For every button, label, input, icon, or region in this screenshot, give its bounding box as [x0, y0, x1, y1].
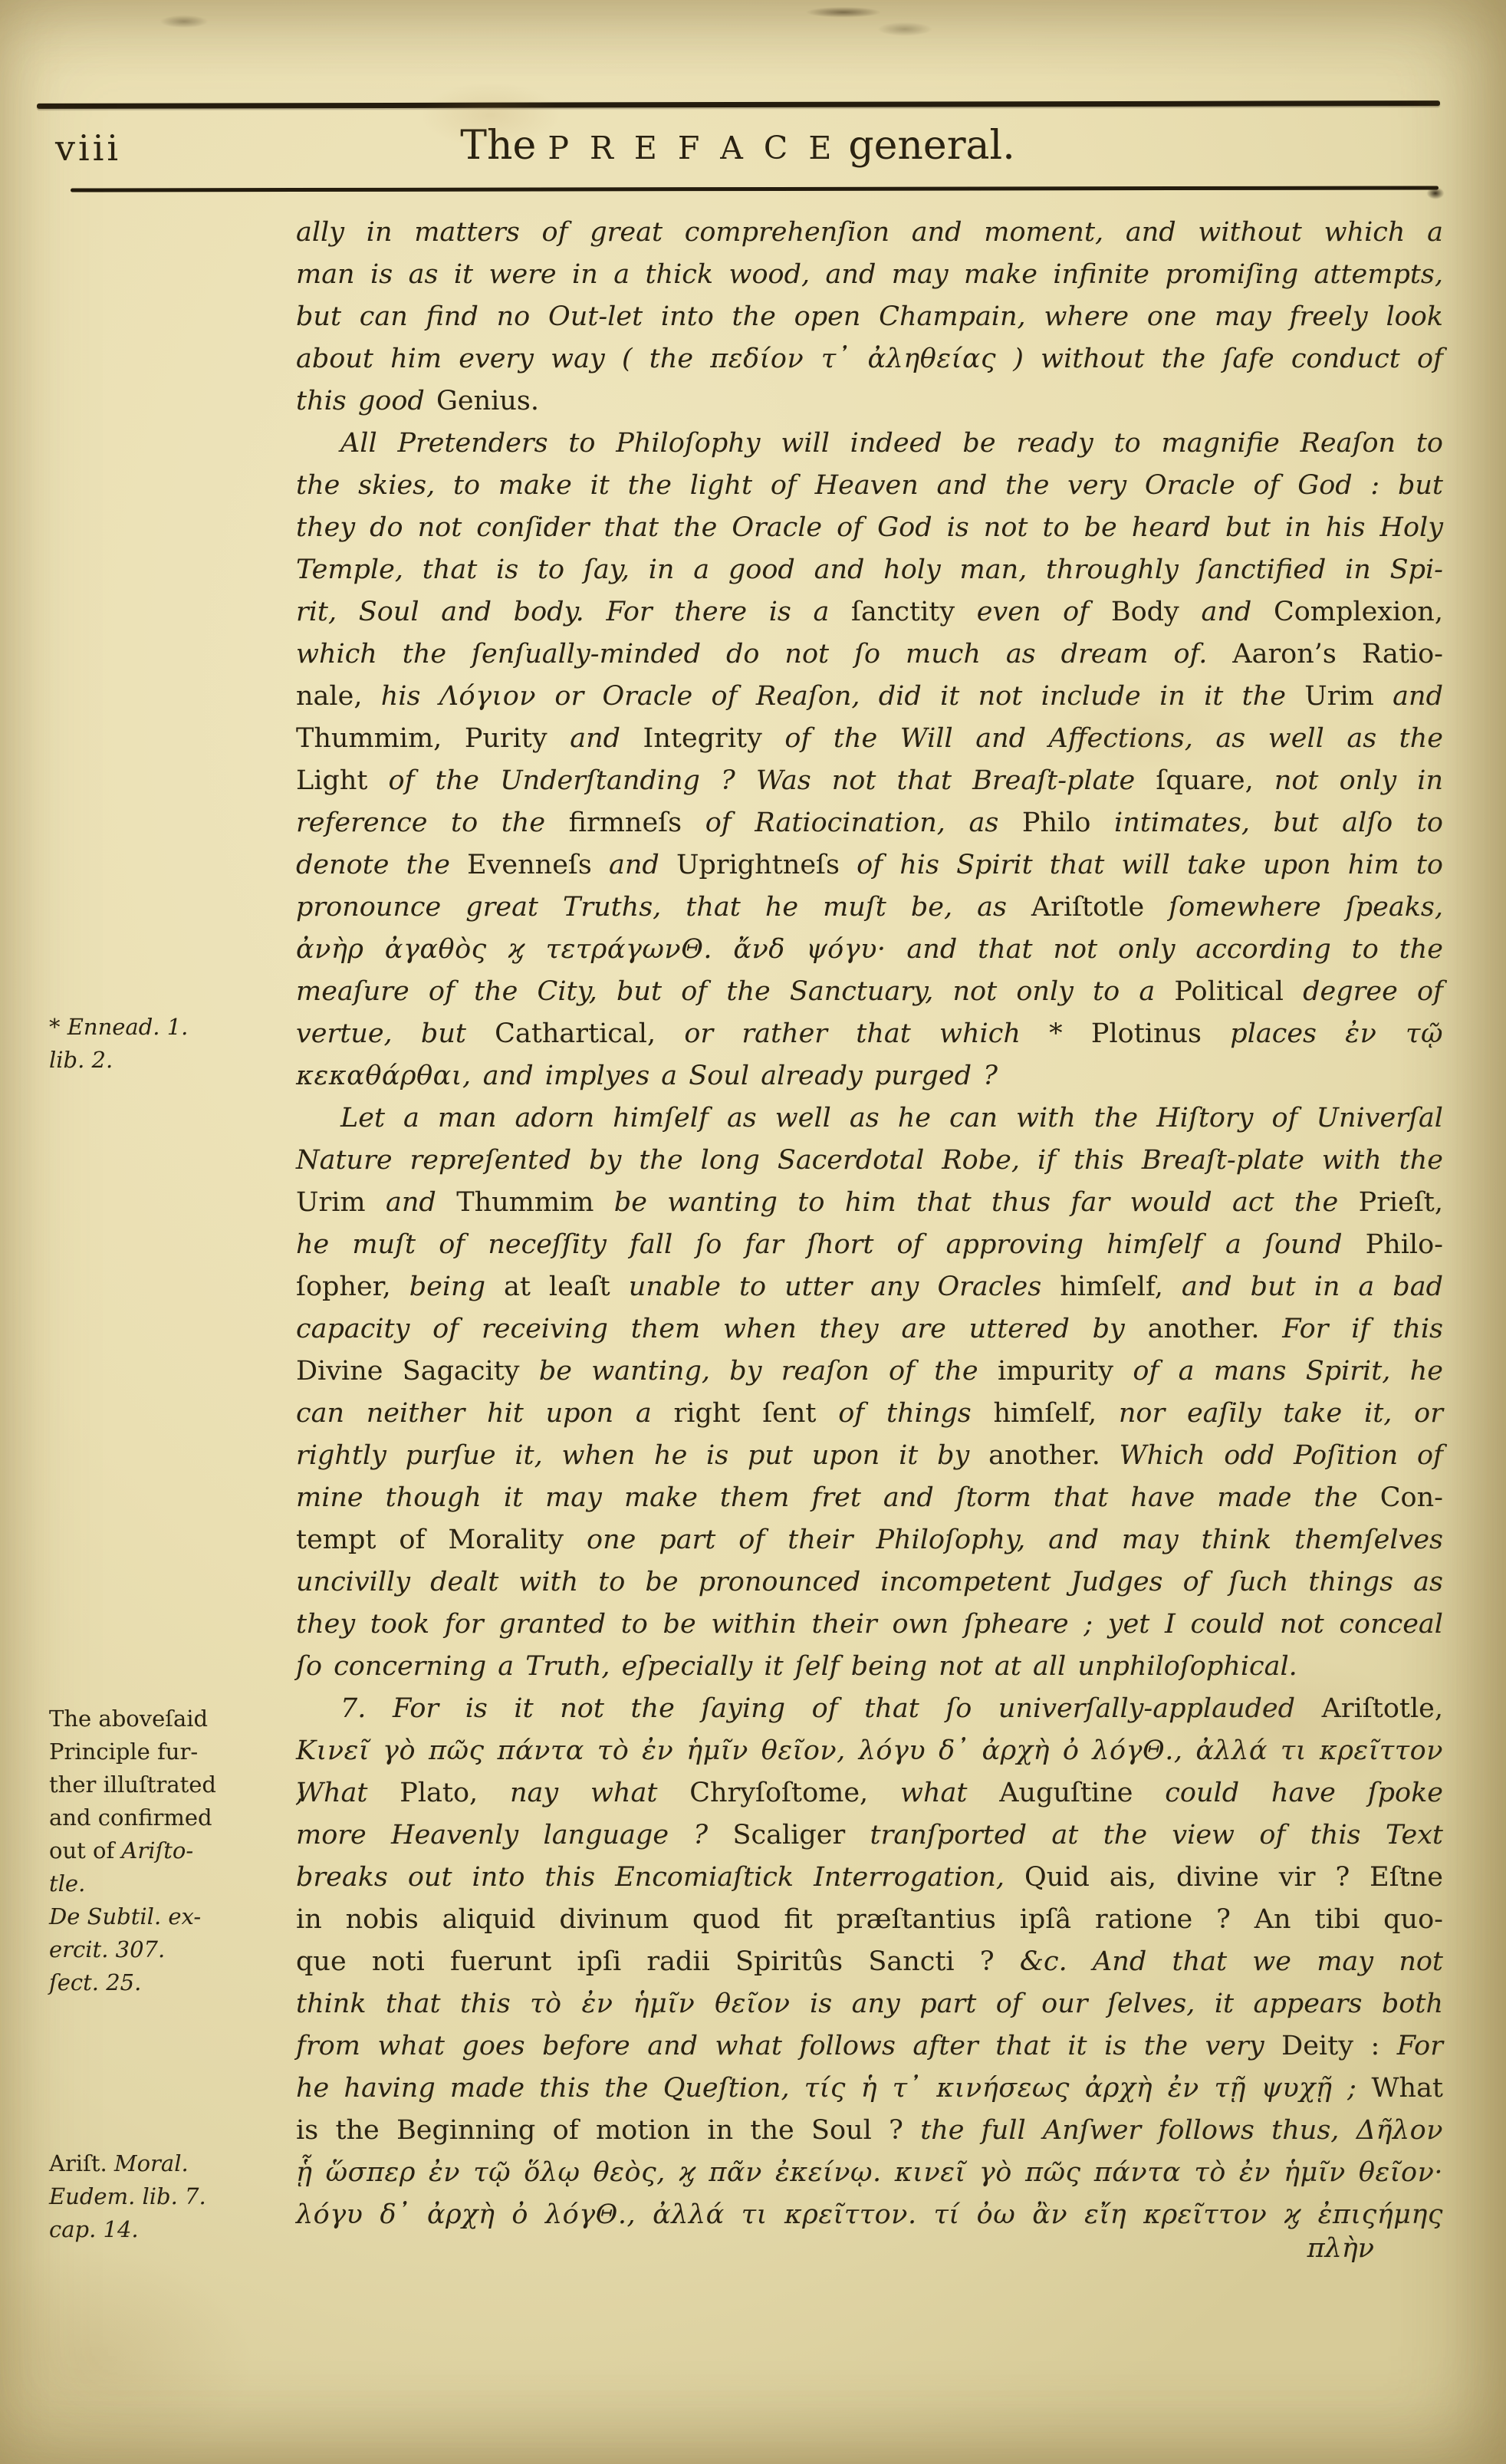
text-segment: Evenneſs [467, 850, 592, 880]
text-segment: ſo concerning a Truth, eſpecially it ſel… [296, 1651, 1297, 1682]
text-segment: another. [1148, 1314, 1260, 1344]
text-segment: ſanctity [851, 597, 955, 627]
text-segment: about him every way ( the [296, 344, 710, 374]
text-segment: Prieſt, [1359, 1187, 1443, 1218]
text-line: they took for granted to be within their… [296, 1604, 1443, 1646]
text-segment: could have ſpoke [1133, 1778, 1443, 1808]
text-segment: reference to the [296, 808, 569, 838]
catchword: πλὴν [1307, 2233, 1374, 2264]
text-segment: ſect. 25. [49, 1969, 141, 1995]
text-segment: What [1356, 2073, 1443, 2104]
text-segment: Urim [296, 1187, 366, 1218]
text-segment: the skies, to make it the light of Heave… [296, 470, 1443, 501]
text-line: denote the Evenneſs and Uprightneſs of h… [296, 844, 1443, 887]
text-line: ᾗ ὥσπερ ἐν τῷ ὅλῳ θεὸς, ϗ πᾶν ἐκείνῳ. κι… [296, 2152, 1443, 2194]
text-line: Nature repreſented by the long Sacerdota… [296, 1140, 1443, 1182]
text-segment: pronounce great Truths, that he muſt be,… [296, 892, 1031, 923]
text-segment: or rather that which [656, 1018, 1049, 1049]
text-segment: ther illuſtrated [49, 1772, 216, 1798]
text-line: Urim and Thummim be wanting to him that … [296, 1182, 1443, 1224]
text-segment: Δῆλον [1356, 2115, 1443, 2146]
text-line: What Plato, nay what Chryſoſtome, what A… [296, 1772, 1443, 1814]
text-segment: τὸ ἐν ἡμῖν θεῖον [530, 1989, 790, 2019]
text-line: Divine Sagacity be wanting, by reaſon of… [296, 1350, 1443, 1393]
text-line: this good Genius. [296, 380, 1443, 423]
text-line: can neither hit upon a right ſent of thi… [296, 1393, 1443, 1435]
text-line: more Heavenly language ? Scaliger tranſp… [296, 1814, 1443, 1857]
margin-note-line: cap. 14. [49, 2213, 294, 2246]
text-segment: another. [988, 1440, 1100, 1471]
text-segment: rightly purſue it, when he is put upon i… [296, 1440, 988, 1471]
text-line: they do not conſider that the Oracle of … [296, 507, 1443, 549]
text-line: κεκαθάρθαι, and implyes a Soul already p… [296, 1055, 1443, 1097]
text-segment: of the Will and Affections, as well as t… [762, 723, 1443, 754]
margin-note-line: out of Ariſto- [49, 1834, 294, 1867]
text-line: Let a man adorn himſelf as well as he ca… [296, 1097, 1443, 1140]
text-segment: Λόγιον [439, 681, 536, 712]
text-line: reference to the firmneſs of Ratiocinati… [296, 802, 1443, 844]
text-segment: or Oracle of Reaſon, did it not include … [536, 681, 1304, 712]
text-segment: in nobis aliquid divinum quod fit præſta… [296, 1904, 1443, 1935]
text-line: which the ſenſually-minded do not ſo muc… [296, 633, 1443, 676]
text-segment: cap. 14. [49, 2216, 139, 2242]
text-segment: being [391, 1271, 504, 1302]
text-segment: 7. For is it not the ſaying of that ſo u… [340, 1693, 1322, 1724]
text-segment: For [1379, 2031, 1443, 2061]
text-segment: Principle fur- [49, 1739, 198, 1765]
text-segment: firmneſs [569, 808, 682, 838]
margin-note: * Ennead. 1.lib. 2. [49, 1011, 294, 1077]
margin-note: Ariſt. Moral.Eudem. lib. 7.cap. 14. [49, 2147, 294, 2246]
text-segment: unable to utter any Oracles [610, 1271, 1060, 1302]
text-segment: Light [296, 765, 367, 796]
text-segment: impurity [998, 1356, 1113, 1387]
text-line: ſopher, being at leaſt unable to utter a… [296, 1266, 1443, 1308]
text-segment: one part of their Philoſophy, and may th… [564, 1525, 1443, 1555]
text-segment: Divine Sagacity [296, 1356, 520, 1387]
text-line: breaks out into this Encomiaſtick Interr… [296, 1857, 1443, 1899]
text-segment: nay what [478, 1778, 689, 1808]
text-segment: of the Underſtanding ? Was not that Brea… [367, 765, 1156, 796]
text-segment: ſopher, [296, 1271, 391, 1302]
text-segment: and [592, 850, 676, 880]
text-segment: his [362, 681, 439, 712]
text-segment: λόγυ δ᾽ ἀρχὴ ὀ λόγΘ., ἀλλά τι κρεῖττον. … [296, 2199, 1443, 2230]
text-segment: of Ratiocination, as [682, 808, 1022, 838]
text-segment: they do not conſider that the Oracle of … [296, 512, 1443, 543]
text-segment: Urim [1304, 681, 1374, 712]
text-segment: vertue, but [296, 1018, 495, 1049]
text-segment: and [366, 1187, 457, 1218]
text-segment: they took for granted to be within their… [296, 1609, 1443, 1640]
text-segment: Body [1111, 597, 1179, 627]
text-line: Temple, that is to ſay, in a good and ho… [296, 549, 1443, 591]
text-segment: * Plotinus [1049, 1018, 1202, 1049]
text-segment: Ariſtotle [1031, 892, 1144, 923]
text-segment: Eudem. lib. 7. [49, 2183, 206, 2209]
text-segment: ) without the ſafe conduct of [996, 344, 1443, 374]
text-segment: of a mans Spirit, he [1113, 1356, 1443, 1387]
text-segment: of things [816, 1398, 993, 1429]
text-segment: and [547, 723, 643, 754]
text-segment: and confirmed [49, 1804, 212, 1831]
text-segment: Con- [1380, 1482, 1443, 1513]
text-segment: ſquare, [1156, 765, 1253, 796]
text-segment: degree of [1284, 976, 1443, 1007]
text-segment: All Pretenders to Philoſophy will indeed… [340, 428, 1443, 459]
text-segment: tempt of Morality [296, 1525, 564, 1555]
text-segment: of his Spirit that will take upon him to [840, 850, 1443, 880]
text-segment: right ſent [674, 1398, 817, 1429]
text-segment: lib. 2. [49, 1047, 113, 1073]
margin-note: The aboveſaidPrinciple fur-ther illuſtra… [49, 1702, 294, 1999]
text-segment: nor eaſily take it, or [1097, 1398, 1443, 1429]
text-segment: be wanting, by reaſon of the [520, 1356, 998, 1387]
text-segment: tranſported at the view of this Text [845, 1820, 1443, 1850]
text-segment: Ennead. 1. [67, 1014, 189, 1040]
margin-note-line: ſect. 25. [49, 1966, 294, 1999]
text-segment: can neither hit upon a [296, 1398, 674, 1429]
text-segment: &c. And that we may not [1020, 1946, 1443, 1977]
text-line: he muſt of neceſſity fall ſo far ſhort o… [296, 1224, 1443, 1266]
text-segment: from what goes before and what follows a… [296, 2031, 1281, 2061]
text-segment: Thummim [456, 1187, 594, 1218]
text-segment: and but in a bad [1163, 1271, 1443, 1302]
text-line: about him every way ( the πεδίον τ᾽ ἀληθ… [296, 338, 1443, 380]
text-segment: Chryſoſtome, [689, 1778, 868, 1808]
running-title-caps: P R E F A C E [540, 130, 844, 166]
text-segment: capacity of receiving them when they are… [296, 1314, 1148, 1344]
text-line: mine though it may make them fret and ſt… [296, 1477, 1443, 1519]
text-segment: nale, [296, 681, 362, 712]
text-segment: not only in [1254, 765, 1443, 796]
text-line: All Pretenders to Philoſophy will indeed… [296, 423, 1443, 465]
book-page-scan: viii The P R E F A C E general. * Ennead… [0, 0, 1506, 2464]
text-segment: think that this [296, 1989, 530, 2019]
text-segment: the full Anſwer follows thus, [920, 2115, 1356, 2146]
text-segment: this good [296, 386, 436, 416]
text-segment: himſelf, [1060, 1271, 1163, 1302]
text-segment: Uprightneſs [676, 850, 840, 880]
text-segment: Ariſtotle, [1322, 1693, 1443, 1724]
text-segment: τίς ἡ τ᾽ κινήσεως ἀρχὴ ἐν τῇ ψυχῇ ; [804, 2073, 1357, 2104]
text-segment: he muſt of neceſſity fall ſo far ſhort o… [296, 1229, 1366, 1260]
text-segment: The aboveſaid [49, 1706, 208, 1732]
text-line: meaſure of the City, but of the Sanctuar… [296, 971, 1443, 1013]
text-segment: more Heavenly language ? [296, 1820, 733, 1850]
text-segment: que noti fuerunt ipſi radii Spiritûs San… [296, 1946, 1020, 1977]
text-segment: intimates, but alſo to [1090, 808, 1443, 838]
text-line: 7. For is it not the ſaying of that ſo u… [296, 1688, 1443, 1730]
text-segment: Ariſto- [121, 1837, 193, 1864]
text-segment: meaſure of the City, but of the Sanctuar… [296, 976, 1174, 1007]
text-segment: For if this [1259, 1314, 1443, 1344]
text-segment: uncivilly dealt with to be pronounced in… [296, 1567, 1443, 1597]
text-segment: Deity : [1281, 2031, 1379, 2061]
text-segment: Thummim, Purity [296, 723, 547, 754]
text-segment: what [868, 1778, 999, 1808]
text-segment: and [1179, 597, 1274, 627]
text-segment: Auguſtine [999, 1778, 1133, 1808]
text-segment: Cathartical, [495, 1018, 656, 1049]
text-segment: mine though it may make them fret and ſt… [296, 1482, 1380, 1513]
text-segment: is any part of our ſelves, it appears bo… [791, 1989, 1443, 2019]
text-line: tempt of Morality one part of their Phil… [296, 1519, 1443, 1561]
text-line: Thummim, Purity and Integrity of the Wil… [296, 718, 1443, 760]
text-segment: Temple, that is to ſay, in a good and ho… [296, 554, 1443, 585]
text-segment: Nature repreſented by the long Sacerdota… [296, 1145, 1443, 1176]
margin-note-line: The aboveſaid [49, 1702, 294, 1735]
text-segment: ἀνὴρ ἀγαθὸς ϗ τετράγωνΘ. ἄνδ ψόγυ· [296, 934, 886, 965]
text-line: from what goes before and what follows a… [296, 2025, 1443, 2068]
text-line: man is as it were in a thick wood, and m… [296, 254, 1443, 296]
text-segment: Quid ais, divine vir ? Eſtne [1024, 1862, 1443, 1893]
running-title-post: general. [848, 123, 1014, 169]
text-line: nale, his Λόγιον or Oracle of Reaſon, di… [296, 676, 1443, 718]
text-line: ſo concerning a Truth, eſpecially it ſel… [296, 1646, 1443, 1688]
margin-notes: * Ennead. 1.lib. 2.The aboveſaidPrincipl… [0, 0, 291, 2464]
text-segment: Moral. [114, 2150, 189, 2176]
text-line: que noti fuerunt ipſi radii Spiritûs San… [296, 1941, 1443, 1983]
text-segment: places [1202, 1018, 1345, 1049]
text-line: but can find no Out-let into the open Ch… [296, 296, 1443, 338]
text-segment: Philo [1022, 808, 1091, 838]
text-line: capacity of receiving them when they are… [296, 1308, 1443, 1350]
text-segment: πεδίον τ᾽ ἀληθείας [710, 344, 996, 374]
margin-note-line: and confirmed [49, 1801, 294, 1834]
text-line: pronounce great Truths, that he muſt be,… [296, 887, 1443, 929]
margin-note-line: De Subtil. ex- [49, 1900, 294, 1933]
text-line: think that this τὸ ἐν ἡμῖν θεῖον is any … [296, 1983, 1443, 2025]
text-line: the skies, to make it the light of Heave… [296, 465, 1443, 507]
text-segment: he having made this the Queſtion, [296, 2073, 804, 2104]
text-segment: man is as it were in a thick wood, and m… [296, 259, 1443, 290]
text-segment: ercit. 307. [49, 1936, 165, 1962]
text-line: Κινεῖ γὸ πῶς πάντα τὸ ἐν ἡμῖν θεῖον, λόγ… [296, 1730, 1443, 1772]
text-segment: κεκαθάρθαι, [296, 1061, 472, 1091]
text-segment: * [49, 1014, 67, 1040]
margin-note-line: Ariſt. Moral. [49, 2147, 294, 2180]
text-line: is the Beginning of motion in the Soul ?… [296, 2110, 1443, 2152]
text-segment: be wanting to him that thus far would ac… [594, 1187, 1358, 1218]
text-segment: and implyes a Soul already purged ? [472, 1061, 998, 1091]
text-segment: Genius. [436, 386, 539, 416]
text-segment: rit, Soul and body. For there is a [296, 597, 851, 627]
text-segment: is the Beginning of motion in the Soul ? [296, 2115, 920, 2146]
margin-note-line: ercit. 307. [49, 1933, 294, 1966]
text-line: Light of the Underſtanding ? Was not tha… [296, 760, 1443, 802]
text-segment: which the ſenſually-minded do not ſo muc… [296, 639, 1232, 669]
text-segment: himſelf, [993, 1398, 1097, 1429]
text-line: λόγυ δ᾽ ἀρχὴ ὀ λόγΘ., ἀλλά τι κρεῖττον. … [296, 2194, 1443, 2236]
text-segment: out of [49, 1837, 121, 1864]
text-segment: breaks out into this Encomiaſtick Interr… [296, 1862, 1024, 1893]
text-line: rightly purſue it, when he is put upon i… [296, 1435, 1443, 1477]
text-segment: denote the [296, 850, 467, 880]
text-segment: even of [955, 597, 1111, 627]
text-segment: Let a man adorn himſelf as well as he ca… [340, 1103, 1443, 1133]
text-segment: and that not only according to the [886, 934, 1443, 965]
text-segment: De Subtil. ex- [49, 1903, 201, 1929]
text-segment: at leaſt [504, 1271, 610, 1302]
margin-note-line: tle. [49, 1867, 294, 1900]
text-segment: What [296, 1778, 400, 1808]
text-segment: Philo- [1366, 1229, 1443, 1260]
text-block: ally in matters of great comprehenſion a… [296, 212, 1443, 2236]
text-line: rit, Soul and body. For there is a ſanct… [296, 591, 1443, 633]
running-title-pre: The [460, 123, 536, 169]
text-segment: ᾗ ὥσπερ ἐν τῷ ὅλῳ θεὸς, ϗ πᾶν ἐκείνῳ. κι… [296, 2157, 1443, 2188]
text-segment: Aaron’s Ratio- [1232, 639, 1443, 669]
text-line: ally in matters of great comprehenſion a… [296, 212, 1443, 254]
text-segment: ally in matters of great comprehenſion a… [296, 217, 1443, 248]
text-segment: Political [1174, 976, 1284, 1007]
text-line: vertue, but Cathartical, or rather that … [296, 1013, 1443, 1055]
margin-note-line: ther illuſtrated [49, 1768, 294, 1801]
text-segment: Scaliger [733, 1820, 846, 1850]
margin-note-line: lib. 2. [49, 1044, 294, 1077]
text-segment: ſomewhere ſpeaks, [1144, 892, 1443, 923]
text-line: ἀνὴρ ἀγαθὸς ϗ τετράγωνΘ. ἄνδ ψόγυ· and t… [296, 929, 1443, 971]
text-segment: Which odd Poſition of [1100, 1440, 1443, 1471]
text-segment: and [1374, 681, 1443, 712]
text-segment: Complexion, [1274, 597, 1443, 627]
text-segment: ἐν τῷ [1345, 1018, 1443, 1049]
text-segment: but can find no Out-let into the open Ch… [296, 301, 1443, 332]
margin-note-line: * Ennead. 1. [49, 1011, 294, 1044]
text-segment: Ariſt. [49, 2150, 114, 2176]
text-segment: Plato, [400, 1778, 478, 1808]
text-segment: tle. [49, 1870, 85, 1897]
text-segment: Integrity [643, 723, 762, 754]
text-line: he having made this the Queſtion, τίς ἡ … [296, 2068, 1443, 2110]
margin-note-line: Eudem. lib. 7. [49, 2180, 294, 2213]
text-line: uncivilly dealt with to be pronounced in… [296, 1561, 1443, 1604]
text-line: in nobis aliquid divinum quod fit præſta… [296, 1899, 1443, 1941]
margin-note-line: Principle fur- [49, 1735, 294, 1768]
